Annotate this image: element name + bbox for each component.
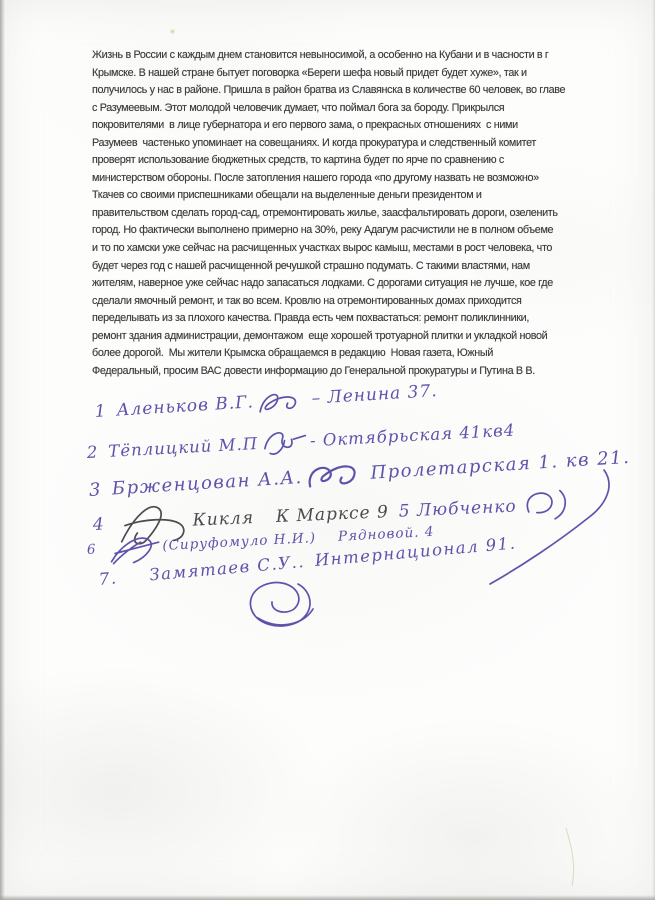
typed-line: ремонт здания администрации, демонтажом …	[92, 328, 612, 346]
paper-scratch	[566, 828, 574, 886]
spacer	[127, 575, 149, 577]
signature-number: 6	[86, 541, 96, 557]
typed-line: будет через год с нашей расчищенной речу…	[92, 258, 612, 276]
signature-name: (Сируфомуло Н.И.)	[162, 530, 317, 554]
typed-line: правительством сделать город-сад, отремо…	[92, 205, 612, 223]
typed-line: жителям, наверное уже сейчас надо запаса…	[92, 275, 612, 293]
typed-line: министерством обороны. После затопления …	[92, 170, 612, 188]
signature-number: 7.	[98, 568, 118, 589]
scan-edge-bottom	[0, 895, 655, 900]
typed-line: переделывать из за плохого качества. Пра…	[92, 310, 612, 328]
spacer	[305, 561, 315, 562]
letter-body-text: Жизнь в России с каждым днем становится …	[92, 47, 612, 380]
typed-line: получилось у нас в районе. Пришла в райо…	[92, 82, 612, 100]
signature-flourish-icon	[302, 457, 372, 493]
typed-line: сделали ямочный ремонт, и так во всем. К…	[92, 293, 612, 311]
signature-number: 1	[94, 401, 107, 422]
signature-address: - Октябрьская 41кв4	[309, 420, 515, 450]
signature-flourish-icon	[253, 385, 313, 416]
typed-line: Ткачев со своими приспешниками обещали н…	[92, 187, 612, 205]
signature-number: 3	[88, 479, 102, 501]
signature-number: 2	[86, 442, 98, 462]
signature-line-1: 1 Аленьков В.Г. – Ленина 37.	[94, 377, 438, 426]
spacer	[254, 517, 276, 518]
signature-flourish-icon	[516, 486, 572, 524]
signature-flourish-icon	[257, 424, 311, 459]
typed-line: Федеральный, просим ВАС довести информац…	[92, 363, 612, 381]
typed-line: Жизнь в России с каждым днем становится …	[92, 47, 612, 65]
typed-line: Крымске. В нашей стране бытует поговорка…	[92, 65, 612, 83]
typed-line: с Разумеевым. Этот молодой человечик дум…	[92, 100, 612, 118]
typed-line: город. Но фактически выполнено примерно …	[92, 222, 612, 240]
typed-line: и то по хамски уже сейчас на расчищенных…	[92, 240, 612, 258]
signature-flourish-icon	[106, 529, 164, 566]
signature-address: Пролетарская 1. кв 21.	[370, 446, 631, 483]
typed-line: покровителями в лице губернатора и его п…	[92, 117, 612, 135]
scan-edge-left	[0, 0, 5, 900]
signature-name: Аленьков В.Г.	[116, 392, 254, 420]
scanned-letter-page: Жизнь в России с каждым днем становится …	[0, 0, 655, 900]
paper-speck	[170, 28, 175, 35]
typed-line: более дорогой. Мы жители Крымска обращае…	[92, 345, 612, 363]
typed-line: Разумеев частенько упоминает на совещани…	[92, 135, 612, 153]
signature-flourish-icon	[250, 583, 313, 626]
typed-line: проверят использование бюджетных средств…	[92, 152, 612, 170]
signature-name: Тёплицкий М.П	[108, 434, 259, 461]
spacer	[316, 537, 338, 538]
signature-address: – Ленина 37.	[311, 381, 438, 409]
